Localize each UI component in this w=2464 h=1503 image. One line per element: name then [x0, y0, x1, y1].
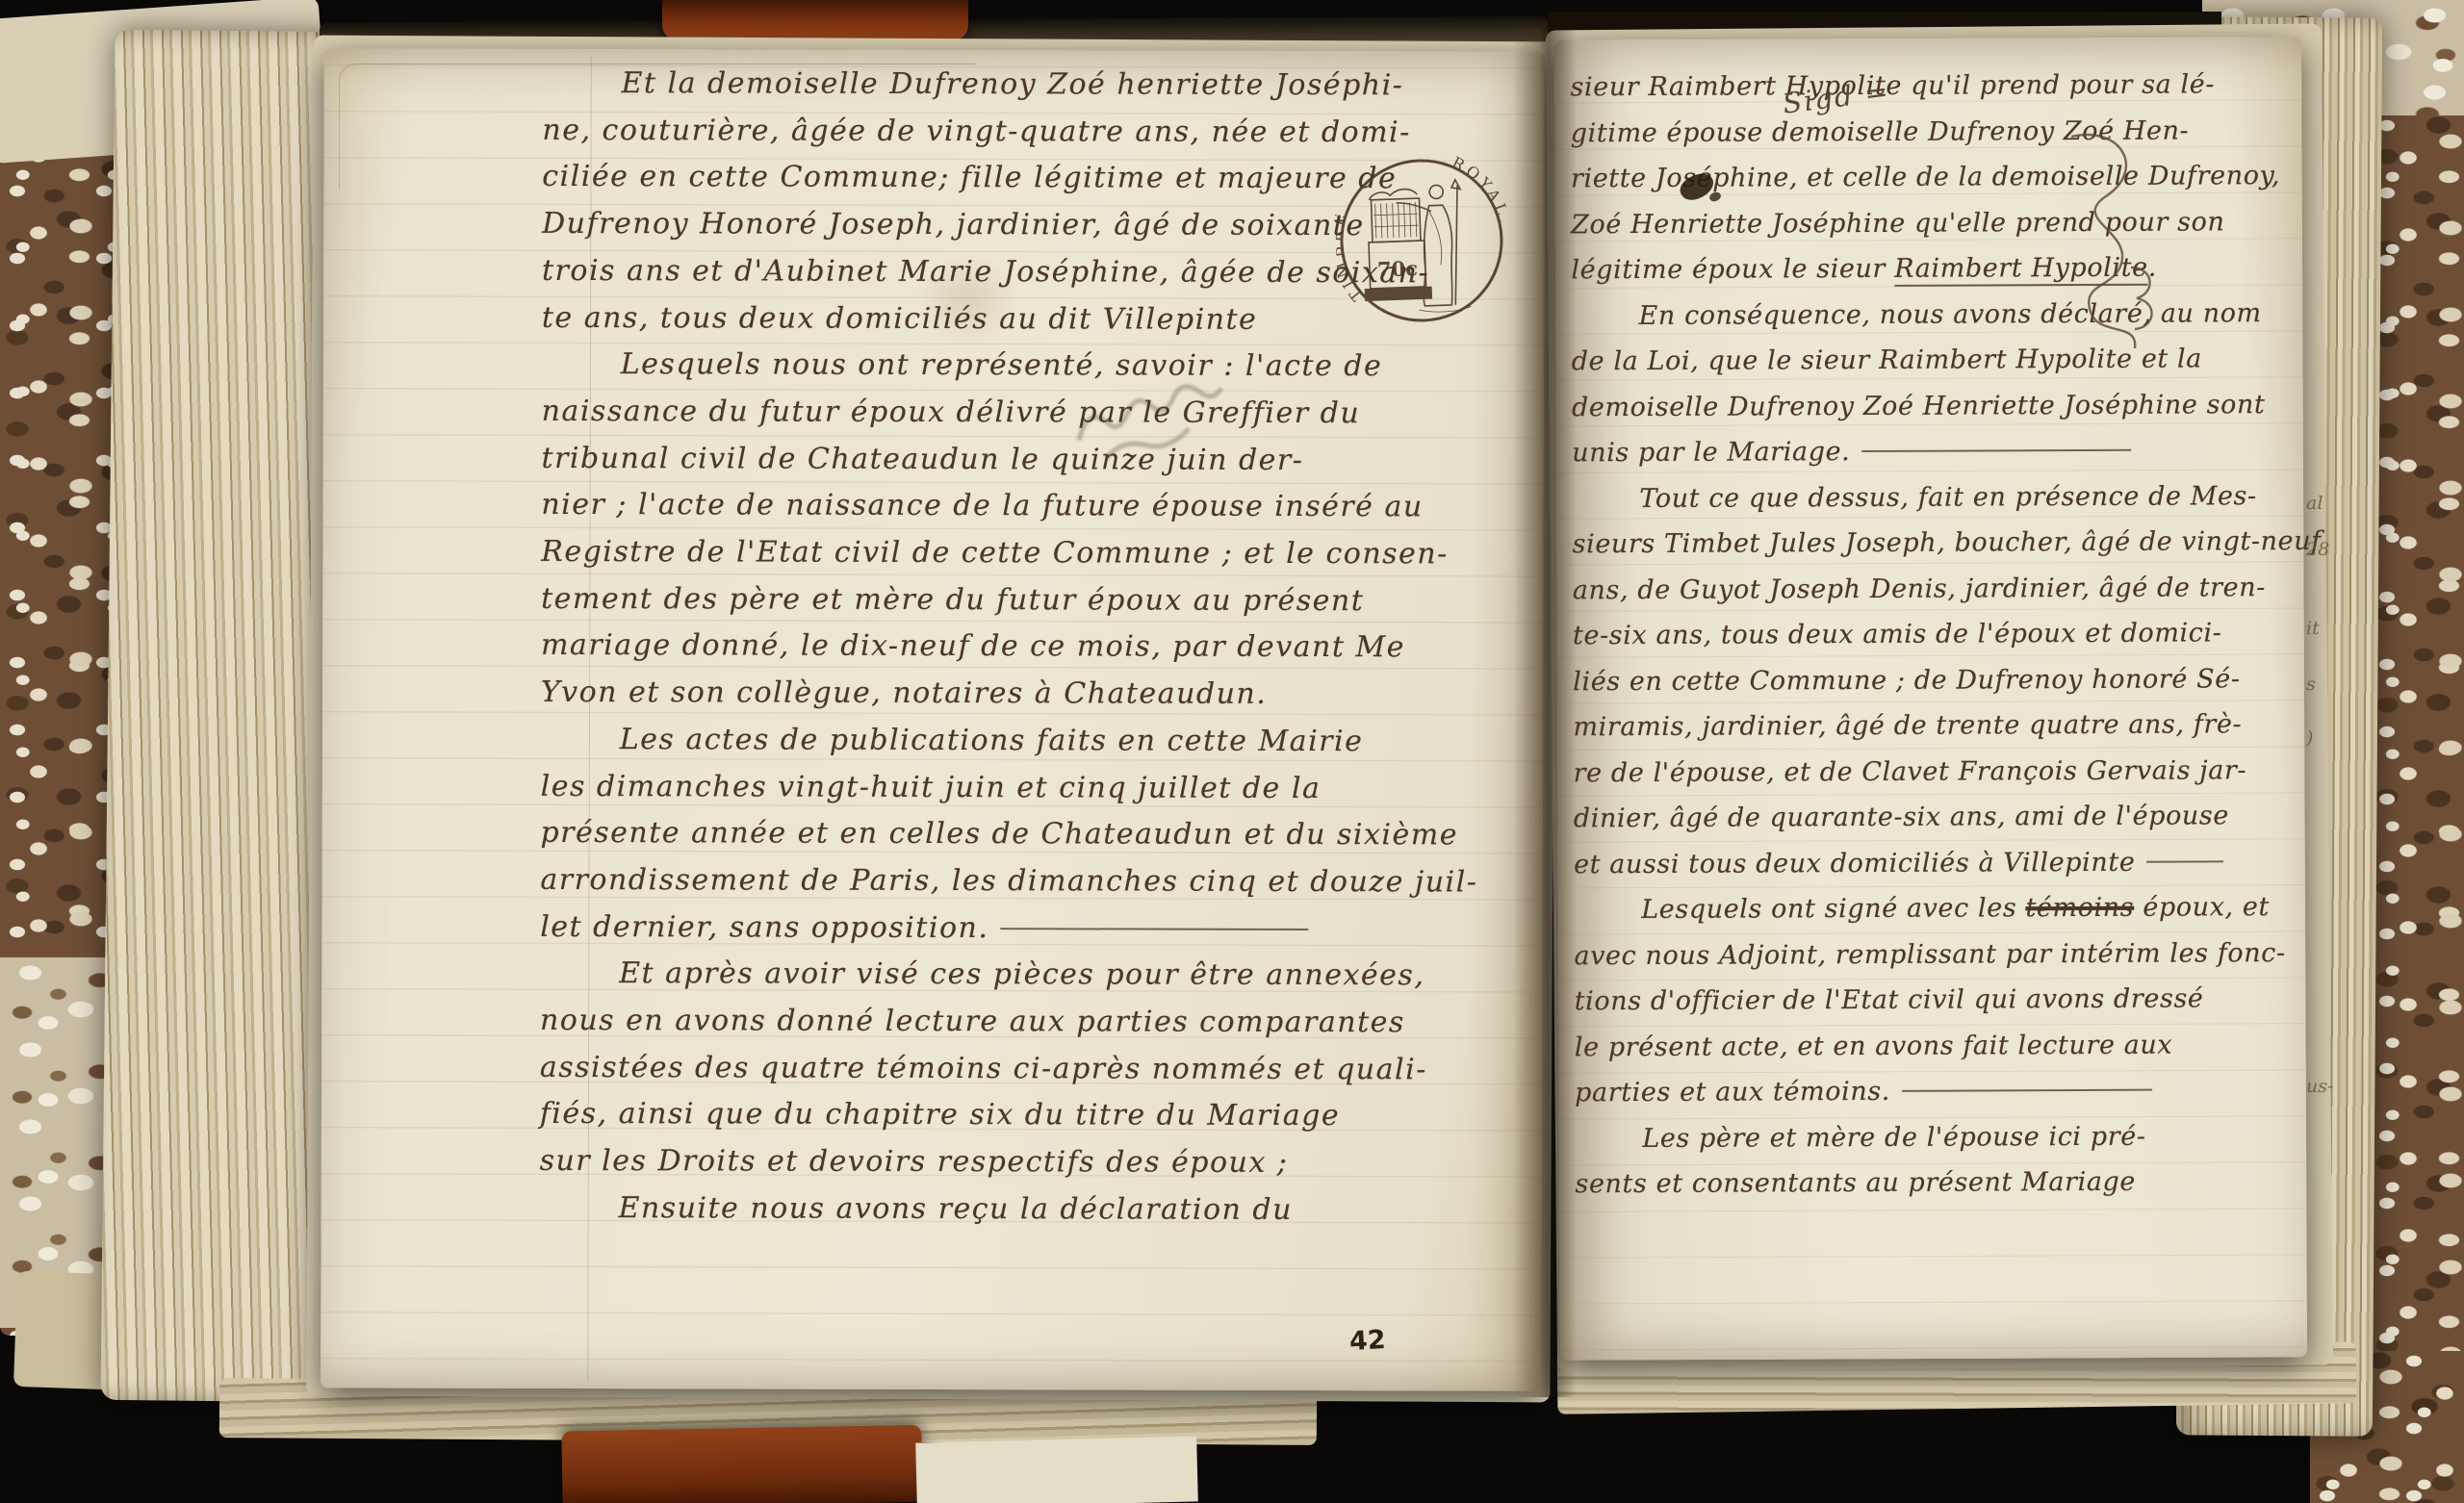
manuscript-line: ciliée en cette Commune; fille légitime …	[542, 154, 1341, 203]
edge-text-fragment: al	[2306, 493, 2323, 514]
left-page-text: Et la demoiselle Dufrenoy Zoé henriette …	[539, 61, 1341, 1235]
manuscript-line: tribunal civil de Chateaudun le quinze j…	[541, 436, 1340, 485]
edge-text-fragment: s	[2306, 674, 2316, 695]
manuscript-line: les dimanches vingt-huit juin et cinq ju…	[541, 763, 1340, 812]
manuscript-line: assistées des quatre témoins ci-après no…	[540, 1045, 1339, 1094]
manuscript-line: dinier, âgé de quarante-six ans, ami de …	[1574, 794, 2151, 842]
manuscript-line: ne, couturière, âgée de vingt-quatre ans…	[542, 108, 1341, 157]
manuscript-line-text: légitime époux le sieur	[1571, 254, 1894, 285]
manuscript-line: sieurs Timbet Jules Joseph, boucher, âgé…	[1572, 520, 2149, 568]
manuscript-line: re de l'épouse, et de Clavet François Ge…	[1574, 748, 2151, 796]
manuscript-line: Lesquels ont signé avec les témoins épou…	[1574, 885, 2151, 933]
manuscript-line: le présent acte, et en avons fait lectur…	[1575, 1022, 2152, 1070]
manuscript-line: arrondissement de Paris, les dimanches c…	[540, 857, 1339, 906]
fill-rule	[2146, 860, 2223, 862]
edge-text-fragment: it	[2306, 618, 2320, 639]
edge-text-fragment: us-	[2306, 1076, 2333, 1097]
manuscript-line: parties et aux témoins.	[1575, 1068, 2152, 1116]
manuscript-line: te-six ans, tous deux amis de l'époux et…	[1573, 611, 2150, 659]
manuscript-line-text: et aussi tous deux domiciliés à Villepin…	[1574, 847, 2136, 879]
manuscript-line: tions d'officier de l'Etat civil qui avo…	[1575, 977, 2152, 1025]
spine-headband-bottom	[561, 1425, 922, 1503]
manuscript-line: ans, de Guyot Joseph Denis, jardinier, â…	[1573, 565, 2150, 613]
manuscript-line: liés en cette Commune ; de Dufrenoy hono…	[1573, 656, 2150, 704]
manuscript-line: Et après avoir visé ces pièces pour être…	[540, 951, 1339, 1000]
fill-rule	[1861, 449, 2131, 452]
ink-flourish	[2039, 123, 2173, 354]
manuscript-line: avec nous Adjoint, remplissant par intér…	[1574, 930, 2151, 979]
endpaper-bottom-center	[915, 1436, 1198, 1503]
manuscript-line: Dufrenoy Honoré Joseph, jardinier, âgé d…	[542, 201, 1341, 250]
manuscript-line: let dernier, sans opposition.	[540, 904, 1339, 954]
manuscript-line: fiés, ainsi que du chapitre six du titre…	[540, 1091, 1339, 1140]
manuscript-line-text: époux, et	[2134, 892, 2270, 923]
page-number: 42	[1348, 1325, 1386, 1357]
manuscript-line: présente année et en celles de Chateaudu…	[540, 810, 1339, 859]
manuscript-line-text: parties et aux témoins.	[1575, 1077, 1890, 1108]
manuscript-line: et aussi tous deux domiciliés à Villepin…	[1574, 839, 2151, 887]
fill-rule	[1000, 928, 1308, 930]
stamp-base-inscription: GAULE	[1380, 290, 1416, 299]
fill-rule	[1902, 1089, 2152, 1092]
manuscript-line: Lesquels nous ont représenté, savoir : l…	[542, 342, 1341, 391]
manuscript-line: mariage donné, le dix-neuf de ce mois, p…	[541, 623, 1340, 672]
spine-headband-top	[662, 0, 968, 40]
manuscript-line: te ans, tous deux domiciliés au dit Vill…	[542, 294, 1341, 344]
manuscript-line: tement des père et mère du futur époux a…	[541, 576, 1340, 625]
manuscript-line: Les père et mère de l'épouse ici pré-	[1575, 1113, 2152, 1161]
manuscript-line: naissance du futur époux délivré par le …	[542, 389, 1341, 438]
manuscript-line-text: let dernier, sans opposition.	[540, 910, 988, 945]
scanned-register-photo: { "colors": { "background": "#0a0908", "…	[0, 0, 2464, 1503]
manuscript-line: Et la demoiselle Dufrenoy Zoé henriette …	[542, 61, 1341, 110]
edge-text-fragment: )	[2306, 727, 2313, 749]
manuscript-line: trois ans et d'Aubinet Marie Joséphine, …	[542, 248, 1341, 297]
manuscript-line: Ensuite nous avons reçu la déclaration d…	[539, 1185, 1338, 1235]
manuscript-line: miramis, jardinier, âgé de trente quatre…	[1573, 702, 2150, 751]
manuscript-line: nous en avons donné lecture aux parties …	[540, 998, 1339, 1047]
manuscript-line: sents et consentants au présent Mariage	[1575, 1159, 2152, 1208]
gutter-shadow	[1513, 27, 1577, 1397]
manuscript-line: Yvon et son collègue, notaires à Chateau…	[541, 670, 1340, 719]
manuscript-line: Registre de l'Etat civil de cette Commun…	[541, 529, 1340, 578]
manuscript-line: Tout ce que dessus, fait en présence de …	[1572, 473, 2149, 522]
manuscript-line: Les actes de publications faits en cette…	[541, 717, 1340, 766]
struck-word: témoins	[2025, 893, 2134, 923]
page-stack-left-edge	[101, 30, 339, 1402]
edge-text-fragment: 28	[2306, 539, 2329, 560]
manuscript-line: nier ; l'acte de naissance de la future …	[541, 482, 1340, 531]
manuscript-line: unis par le Mariage.	[1572, 428, 2149, 476]
manuscript-line: sur les Droits et devoirs respectifs des…	[540, 1138, 1339, 1187]
manuscript-line-text: unis par le Mariage.	[1572, 437, 1850, 468]
marbled-cover-right	[2370, 115, 2464, 1386]
manuscript-line: demoiselle Dufrenoy Zoé Henriette Joséph…	[1572, 382, 2149, 430]
manuscript-line-text: Lesquels ont signé avec les	[1641, 893, 2025, 925]
